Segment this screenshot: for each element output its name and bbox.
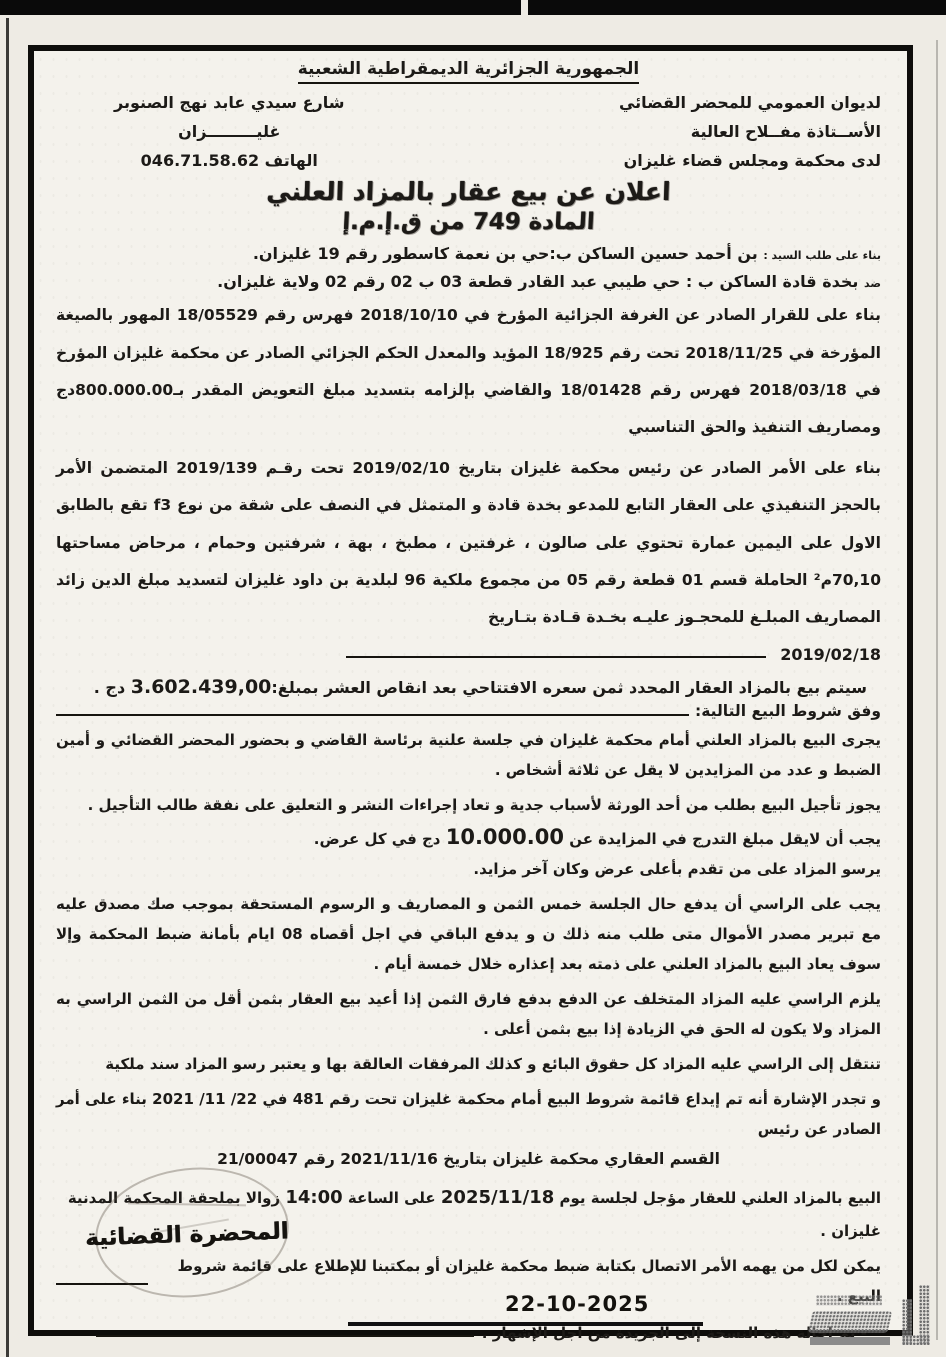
attorney-name-line: الأســتاذة مفــلاح العالية xyxy=(436,118,882,147)
conditions-heading: وفق شروط البيع التالية: xyxy=(695,702,881,720)
seizure-date: 2019/02/18 xyxy=(780,645,881,664)
rule-line xyxy=(56,714,689,716)
office-name-line: لديوان العمومي للمحضر القضائي xyxy=(436,89,882,118)
requester-line: بناء على طلب السيد : بن أحمد حسين الساكن… xyxy=(56,244,881,263)
newspaper-logo-glyph xyxy=(902,1335,930,1345)
condition-item-6: تنتقل إلى الراسي عليه المزاد كل حقوق الب… xyxy=(56,1049,881,1079)
session-date: 2025/11/18 xyxy=(441,1187,554,1208)
letterhead: لديوان العمومي للمحضر القضائي الأســتاذة… xyxy=(56,89,881,175)
address-city-line: غليـــــــــزان xyxy=(56,118,403,147)
seizure-paragraph: بناء على الأمر الصادر عن رئيس محكمة غليز… xyxy=(56,450,881,636)
defendant-line: ضد بخدة قادة الساكن ب : حي طيبي عبد القا… xyxy=(56,272,881,291)
opening-price-amount: 3.602.439,00 xyxy=(131,676,272,698)
scan-artifact-right-line xyxy=(936,40,938,1340)
footer-underline xyxy=(348,1322,703,1326)
republic-title: الجمهورية الجزائرية الديمقراطية الشعبية xyxy=(56,59,881,79)
condition-item-3: يرسو المزاد على من تقدم بأعلى عرض وكان آ… xyxy=(56,854,881,884)
sale-price-pre: سيتم بيع بالمزاد العقار المحدد ثمن سعره … xyxy=(271,678,867,697)
condition-item-5: يلزم الراسي عليه المزاد المتخلف عن الدفع… xyxy=(56,984,881,1044)
newspaper-logo xyxy=(792,1285,934,1351)
conditions-heading-row: وفق شروط البيع التالية: xyxy=(56,702,881,720)
rule-line xyxy=(346,656,766,658)
condition-item-2: يجوز تأجيل البيع بطلب من أحد الورثة لأسب… xyxy=(56,790,881,820)
requester-lead: بناء على طلب السيد : xyxy=(763,249,881,262)
address-phone-line: الهاتف 046.71.58.62 xyxy=(56,147,403,176)
document-border-frame: الجمهورية الجزائرية الديمقراطية الشعبية … xyxy=(28,45,913,1336)
stamp-scribble xyxy=(128,1202,246,1206)
deposit-paragraph-line-1: و تجدر الإشارة أنه تم إيداع قائمة شروط ا… xyxy=(56,1084,881,1144)
scan-artifact-left-line xyxy=(6,18,9,1357)
rule-line xyxy=(96,1335,474,1337)
requester-name: بن أحمد حسين الساكن ب:حي بن نعمة كاسطور … xyxy=(253,244,758,263)
condition-min-bid-line: يجب أن لايقل مبلغ التدرج في المزايدة عن … xyxy=(56,825,881,849)
condition-item-4: يجب على الراسي أن يدفع حال الجلسة خمس ال… xyxy=(56,889,881,979)
min-bid-post: دج في كل عرض. xyxy=(314,830,446,848)
sale-price-line: سيتم بيع بالمزاد العقار المحدد ثمن سعره … xyxy=(56,676,881,698)
notice-title-line-2: المادة 749 من ق.إ.م.إ xyxy=(55,209,881,235)
defendant-name: بخدة قادة الساكن ب : حي طيبي عبد القادر … xyxy=(217,272,858,291)
notice-title: اعلان عن بيع عقار بالمزاد العلني المادة … xyxy=(56,177,881,235)
newspaper-logo-wordmark xyxy=(808,1311,893,1333)
condition-item-1: يجرى البيع بالمزاد العلني أمام محكمة غلي… xyxy=(56,725,881,785)
newspaper-logo-tagline-strip xyxy=(810,1337,890,1345)
scanned-legal-notice-page: الجمهورية الجزائرية الديمقراطية الشعبية … xyxy=(0,0,946,1357)
court-jurisdiction-line: لدى محكمة ومجلس قضاء غليزان xyxy=(436,147,882,176)
bailiff-office-block: لديوان العمومي للمحضر القضائي الأســتاذة… xyxy=(436,89,882,175)
scan-artifact-top-bar-notch xyxy=(521,0,528,15)
seizure-date-row: 2019/02/18 xyxy=(56,636,881,672)
min-bid-amount: 10.000.00 xyxy=(446,825,564,849)
session-pre: البيع بالمزاد العلني للعقار مؤجل لجلسة ي… xyxy=(554,1189,881,1207)
footer-date: 22-10-2025 xyxy=(505,1292,649,1316)
address-block: شارع سيدي عابد نهج الصنوبر غليـــــــــز… xyxy=(56,89,403,175)
notice-title-line-1: اعلان عن بيع عقار بالمزاد العلني xyxy=(55,177,881,206)
sale-price-post: دج . xyxy=(94,678,131,697)
decision-paragraph: بناء على للقرار الصادر عن الغرفة الجزائي… xyxy=(56,297,881,446)
min-bid-pre: يجب أن لايقل مبلغ التدرج في المزايدة عن xyxy=(564,830,881,848)
session-time: 14:00 xyxy=(285,1187,342,1208)
address-street-line: شارع سيدي عابد نهج الصنوبر xyxy=(56,89,403,118)
scan-artifact-top-bar xyxy=(0,0,946,15)
newspaper-logo-dots xyxy=(816,1295,882,1306)
defendant-lead: ضد xyxy=(864,277,881,290)
session-mid: على الساعة xyxy=(343,1189,441,1207)
republic-title-text: الجمهورية الجزائرية الديمقراطية الشعبية xyxy=(298,59,640,84)
